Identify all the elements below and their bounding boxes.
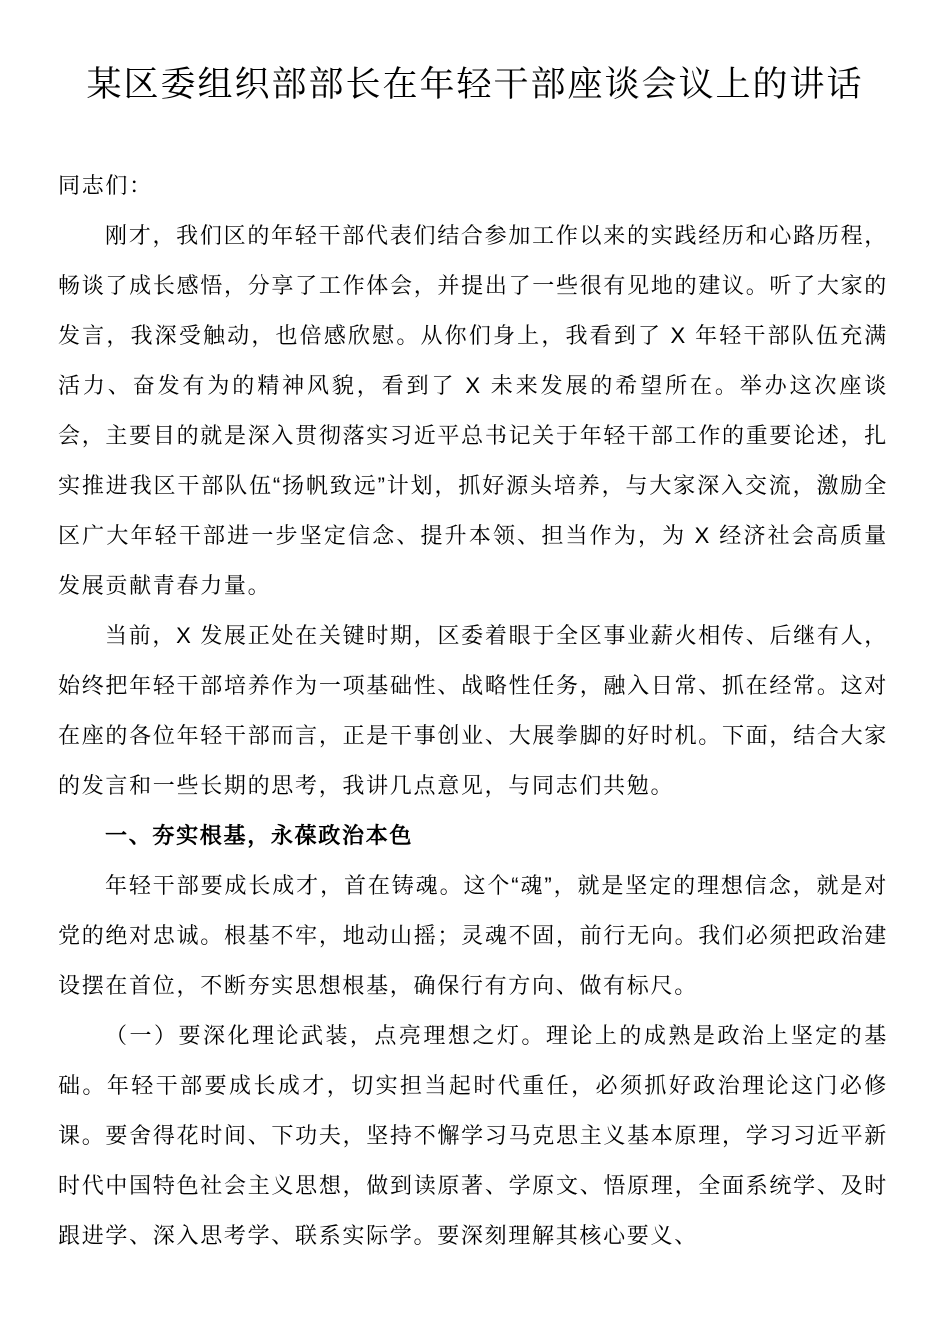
paragraph-section1-point1: （一）要深化理论武装，点亮理想之灯。理论上的成熟是政治上坚定的基础。年轻干部要成… — [58, 1011, 888, 1261]
document-page: 某区委组织部部长在年轻干部座谈会议上的讲话 同志们： 刚才，我们区的年轻干部代表… — [0, 0, 950, 1344]
paragraph-current-situation: 当前，X 发展正处在关键时期，区委着眼于全区事业薪火相传、后继有人，始终把年轻干… — [58, 611, 888, 811]
paragraph-section1-intro: 年轻干部要成长成才，首在铸魂。这个“魂”，就是坚定的理想信念，就是对党的绝对忠诚… — [58, 861, 888, 1011]
salutation: 同志们： — [58, 161, 888, 211]
section-heading-1: 一、夯实根基，永葆政治本色 — [58, 811, 888, 861]
paragraph-opening: 刚才，我们区的年轻干部代表们结合参加工作以来的实践经历和心路历程，畅谈了成长感悟… — [58, 211, 888, 611]
document-body: 同志们： 刚才，我们区的年轻干部代表们结合参加工作以来的实践经历和心路历程，畅谈… — [58, 161, 888, 1261]
document-title: 某区委组织部部长在年轻干部座谈会议上的讲话 — [55, 62, 895, 108]
